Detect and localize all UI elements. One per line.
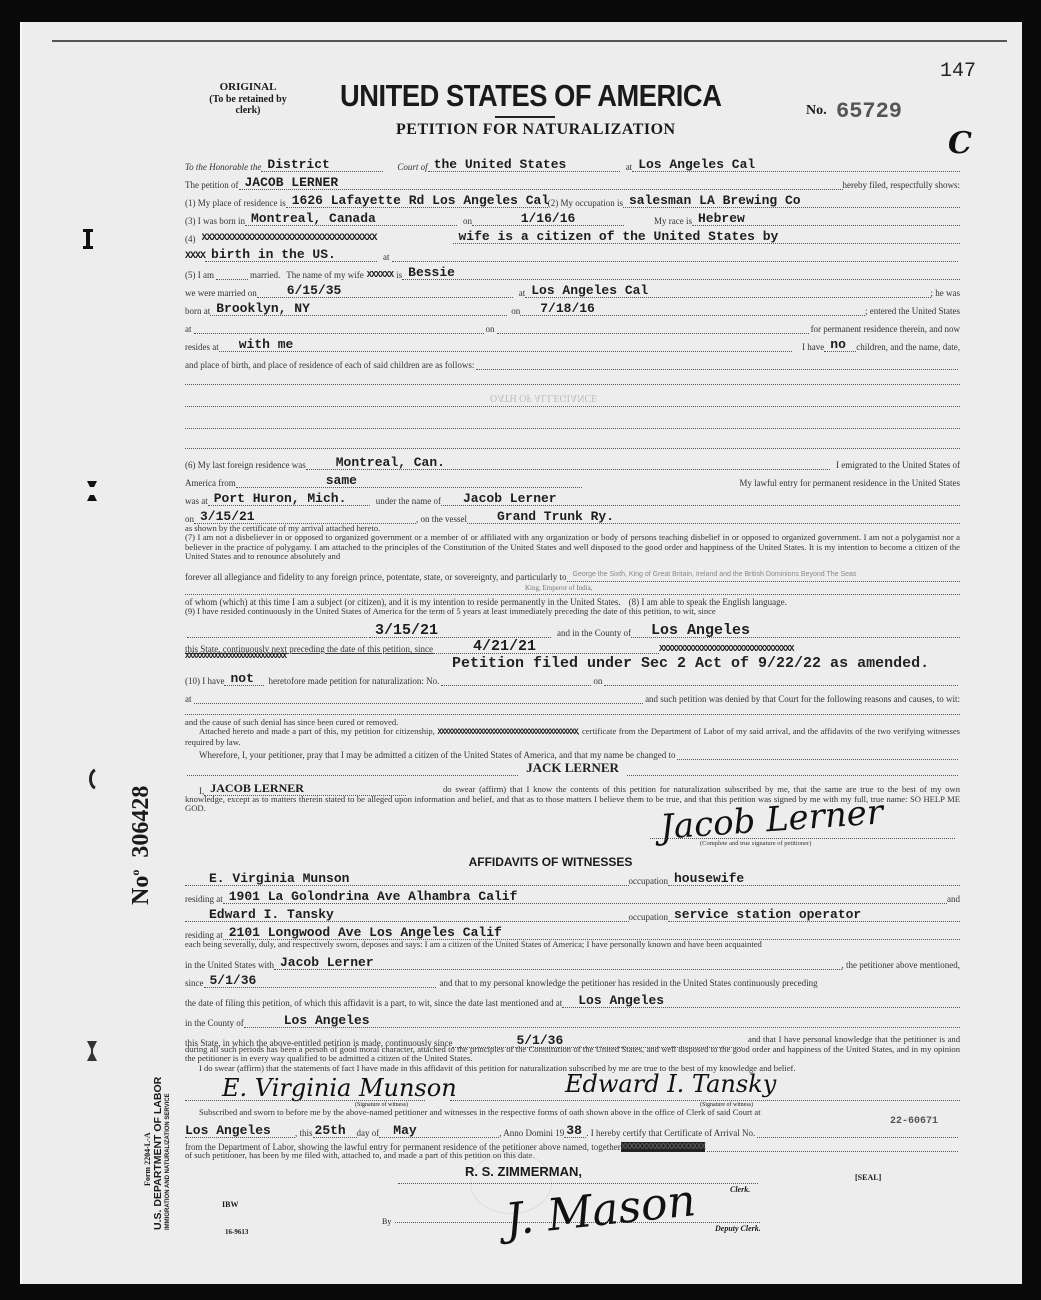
known-since-field: 5/1/36 [204, 974, 436, 988]
born-on-label: on [463, 216, 472, 226]
filed-text: of such petitioner, has been by me filed… [185, 1151, 960, 1161]
occupation-label: (2) My occupation is [548, 198, 623, 208]
punch-hole-icon [86, 768, 98, 790]
day-of-label: day of [357, 1128, 380, 1138]
title-rule [495, 116, 555, 118]
witness1-address-field: 1901 La Golondrina Ave Alhambra Calif [223, 890, 947, 904]
married-on-label: we were married on [185, 288, 257, 298]
department-label: U.S. DEPARTMENT OF LABOR [152, 1077, 164, 1230]
jurat-month-field: May [379, 1124, 499, 1138]
married-at-field: Los Angeles Cal [525, 284, 930, 298]
wherefore-text: Wherefore, I, your petitioner, pray that… [185, 750, 675, 760]
signature-line [650, 838, 955, 839]
struck-text: XXXXXX [367, 270, 393, 280]
punch-hole-icon [86, 1040, 98, 1062]
original-note: (To be retained by clerk) [198, 94, 298, 116]
resides-field: with me [219, 338, 792, 352]
section4-label: (4) [185, 234, 196, 244]
occupation-field: salesman LA Brewing Co [623, 194, 960, 208]
affidavit-county-field: Los Angeles [244, 1014, 960, 1028]
citizenship-line2: birth in the US. [205, 248, 377, 262]
race-label: My race is [654, 216, 692, 226]
section10-field: not [224, 672, 264, 686]
witness1-residing-label: residing at [185, 894, 223, 904]
punch-hole-icon [82, 228, 94, 250]
court-prefix: To the Honorable the [185, 162, 261, 172]
born-at-label: born at [185, 306, 210, 316]
number-label: No. [806, 103, 827, 119]
residence-label: (1) My place of residence is [185, 198, 286, 208]
county-field: Los Angeles [631, 624, 960, 638]
attachments-line1: Attached hereto and made a part of this,… [199, 726, 435, 736]
children-field: no [824, 338, 856, 352]
struck-text: XXXXXXXXXXXXXXXXXXXXXXXXXXXXXXXXXXXXXXXX [437, 728, 577, 737]
children-suffix: children, and the name, date, [856, 342, 960, 352]
citizenship-line1: wife is a citizen of the United States b… [453, 230, 961, 244]
certificate-stub-number: Noo 306428 [128, 786, 155, 905]
affidavit-place-field: Los Angeles [562, 994, 960, 1008]
birthplace-field: Montreal, Canada [245, 212, 457, 226]
witness2-signature: Edward I. Tansky [565, 1070, 776, 1098]
foreign-residence-field: Montreal, Can. [306, 456, 830, 470]
petitioner-suffix: hereby filed, respectfully shows: [843, 180, 960, 190]
entered-label: ; entered the United States [865, 306, 960, 316]
page-subtitle: PETITION FOR NATURALIZATION [396, 121, 676, 139]
attachments-text: Attached hereto and made a part of this,… [185, 727, 960, 747]
struck-text: XXXX [185, 251, 205, 262]
resided-since-field: 3/15/21 [369, 624, 551, 638]
sovereign-field: George the Sixth, King of Great Britain,… [567, 568, 960, 582]
entered-at-label: at [185, 324, 192, 334]
petition-filed-under: Petition filed under Sec 2 Act of 9/22/2… [452, 655, 929, 672]
page-title: UNITED STATES OF AMERICA [340, 78, 721, 114]
section10-at-label: at [185, 694, 192, 704]
foreign-residence-label: (6) My last foreign residence was [185, 460, 306, 470]
deputy-clerk-label: Deputy Clerk. [715, 1224, 761, 1233]
signature-caption: (Complete and true signature of petition… [700, 840, 811, 847]
married-on-field: 6/15/35 [257, 284, 513, 298]
at-label: at [383, 252, 390, 262]
jurat-place-field: Los Angeles [185, 1124, 295, 1138]
character-text: and that I have personal knowledge that … [185, 1035, 960, 1064]
new-name-field: JACK LERNER [520, 760, 625, 776]
children-label: I have [802, 342, 824, 352]
struck-text: XXXXXXXXXXXXXXXXXXXXXXXXXXXX [185, 652, 445, 661]
entry-label: My lawful entry for permanent residence … [739, 478, 960, 488]
he-was-label: ; he was [931, 288, 961, 298]
marital-label: (5) I am [185, 270, 214, 280]
wife-label: The name of my wife [286, 270, 363, 280]
anno-label: , Anno Domini 19 [499, 1128, 564, 1138]
clerk-line [398, 1183, 758, 1184]
wife-born-on-label: on [511, 306, 520, 316]
in-us-label: in the United States with [185, 960, 274, 970]
page-number: 147 [940, 60, 976, 83]
handwritten-mark: C [948, 126, 972, 161]
known-since-label: since [185, 978, 204, 988]
court-location-field: Los Angeles Cal [632, 158, 960, 172]
witness2-signature-line [450, 1100, 960, 1101]
seal-label: [SEAL] [855, 1173, 881, 1182]
punch-hole-icon [86, 480, 98, 502]
vessel-label: , on the vessel [416, 514, 467, 524]
section10-on-label: on [593, 676, 602, 686]
married-label: married. [250, 270, 280, 280]
witness1-name-field: E. Virginia Munson [185, 872, 629, 886]
bleed-through-text: OATH OF ALLEGIANCE [490, 392, 597, 403]
witness2-address-field: 2101 Longwood Ave Los Angeles Calif [223, 926, 960, 940]
by-label: By [382, 1217, 391, 1226]
struck-text: XXXXXXXXXXXXXXXXXXXXXXXXXXXXXXXXXXX [202, 233, 447, 244]
service-label: IMMIGRATION AND NATURALIZATION SERVICE [165, 1093, 171, 1230]
witness2-occupation-label: occupation [629, 912, 669, 922]
original-label: ORIGINAL [198, 82, 298, 93]
witness1-occupation-label: occupation [629, 876, 669, 886]
sovereign-line2: King, Emperor of India, [525, 584, 592, 592]
section9-text: (9) I have resided continuously in the U… [185, 607, 960, 617]
struck-text: XXXXXXXXXXXXXXXXXXXXXXXXXXXXXXXX [659, 644, 960, 654]
affidavit-petitioner-field: Jacob Lerner [274, 956, 842, 970]
petitioner-suffix-label: , the petitioner above mentioned, [842, 960, 960, 970]
petitioner-label: The petition of [185, 180, 239, 190]
emigrated-label: I emigrated to the United States of [836, 460, 960, 470]
entered-on-label: on [486, 324, 495, 334]
this-label: , this [295, 1128, 313, 1138]
witness1-occupation-field: housewife [668, 872, 960, 886]
witness1-signature-line [185, 1100, 425, 1101]
wife-birthdate-field: 7/18/16 [520, 302, 865, 316]
clerk-label: Clerk. [730, 1185, 750, 1194]
entry-name-field: Jacob Lerner [441, 492, 960, 506]
clerk-initials: IBW [222, 1200, 238, 1209]
birthdate-field: 1/16/16 [472, 212, 624, 226]
state-since-field: 4/21/21 [433, 640, 659, 654]
section10-label: (10) I have [185, 676, 224, 686]
entry-date-field: 3/15/21 [194, 510, 416, 524]
petition-number: 65729 [836, 99, 902, 124]
county-label: and in the County of [557, 628, 631, 638]
filing-text: the date of filing this petition, of whi… [185, 998, 562, 1008]
section7-text: (7) I am not a disbeliever in or opposed… [185, 533, 960, 562]
children-line: and place of birth, and place of residen… [185, 360, 474, 370]
jurat-text: Subscribed and sworn to before me by the… [185, 1108, 960, 1118]
affidavit-county-label: in the County of [185, 1018, 244, 1028]
residence-field: 1626 Lafayette Rd Los Angeles Cal [286, 194, 548, 208]
port-field: Port Huron, Mich. [208, 492, 370, 506]
court-of-label: Court of [397, 162, 427, 172]
denied-text: and such petition was denied by that Cou… [645, 694, 960, 704]
america-from-label: America from [185, 478, 236, 488]
witness2-occupation-field: service station operator [668, 908, 960, 922]
sworn-text: each being severally, duly, and respecti… [185, 940, 960, 950]
knowledge-text: and that to my personal knowledge the pe… [440, 978, 818, 988]
permanent-label: for permanent residence therein, and now [811, 324, 960, 334]
race-field: Hebrew [692, 212, 960, 226]
allegiance-line: forever all allegiance and fidelity to a… [185, 572, 567, 582]
jurat-day-field: 25th [313, 1124, 357, 1138]
form-number: Form 2204-L-A [143, 1132, 152, 1220]
was-at-label: was at [185, 496, 208, 506]
emigrated-from-field: same [236, 474, 582, 488]
witness2-name-field: Edward I. Tansky [185, 908, 629, 922]
wife-name-field: Bessie [402, 266, 960, 280]
wife-birthplace-field: Brooklyn, NY [210, 302, 507, 316]
petitioner-name-field: JACOB LERNER [239, 176, 843, 190]
jurat-year-field: 38 [564, 1124, 586, 1138]
court-type-field: District [261, 158, 383, 172]
and-label: and [947, 894, 960, 904]
witness1-signature: E. Virginia Munson [222, 1074, 457, 1102]
resides-label: resides at [185, 342, 219, 352]
certify-text: . I hereby certify that Certificate of A… [586, 1128, 755, 1138]
form-code: 16-9613 [225, 1228, 248, 1236]
court-of-field: the United States [428, 158, 620, 172]
vessel-field: Grand Trunk Ry. [467, 510, 960, 524]
entry-name-label: under the name of [376, 496, 441, 506]
section10-text: heretofore made petition for naturalizat… [268, 676, 439, 686]
affidavits-title: AFFIDAVITS OF WITNESSES [0, 855, 1041, 869]
born-label: (3) I was born in [185, 216, 245, 226]
